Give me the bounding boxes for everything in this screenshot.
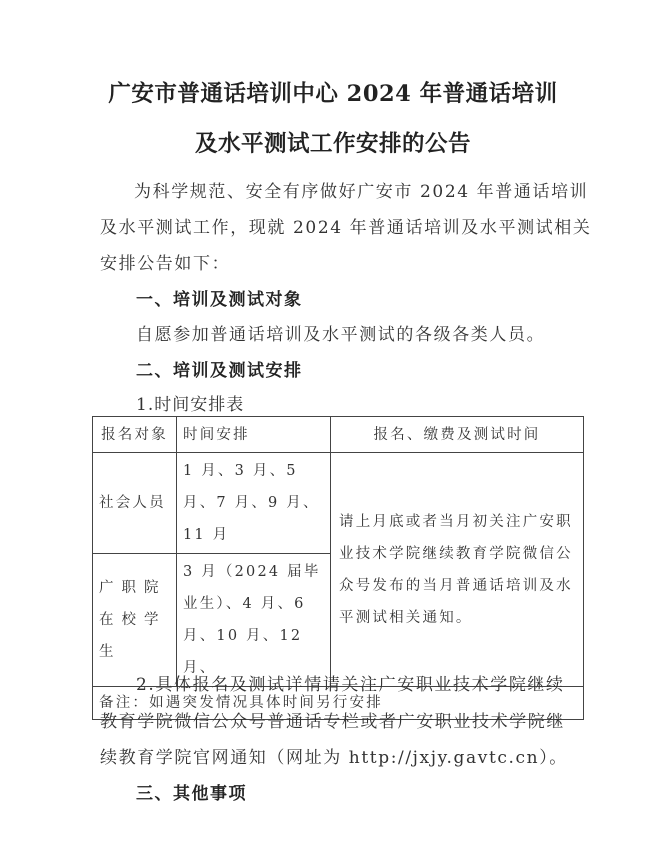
document-title-line1: 广安市普通话培训中心 2024 年普通话培训: [0, 76, 666, 108]
document-title-line2: 及水平测试工作安排的公告: [0, 126, 666, 158]
section2-sub2-line3: 续教育学院官网通知（网址为 http://jxjy.gavtc.cn）。: [100, 743, 568, 768]
header-target: 报名对象: [93, 417, 177, 453]
section2-sub2-line2: 教育学院微信公众号普通话专栏或者广安职业技术学院继: [100, 707, 565, 732]
section1-heading: 一、培训及测试对象: [136, 285, 303, 310]
section3-heading: 三、其他事项: [136, 779, 247, 804]
section2-sub1: 1.时间安排表: [136, 390, 244, 415]
intro-line-2: 及水平测试工作，现就 2024 年普通话培训及水平测试相关: [100, 213, 591, 238]
section2-heading: 二、培训及测试安排: [136, 356, 303, 381]
table-row: 社会人员 1 月、3 月、5 月、7 月、9 月、11 月 请上月底或者当月初关…: [93, 453, 584, 554]
merged-registration-cell: 请上月底或者当月初关注广安职业技术学院继续教育学院微信公众号发布的当月普通话培训…: [331, 453, 584, 687]
intro-line-1: 为科学规范、安全有序做好广安市 2024 年普通话培训: [134, 177, 588, 202]
header-schedule: 时间安排: [177, 417, 331, 453]
row-schedule: 1 月、3 月、5 月、7 月、9 月、11 月: [177, 453, 331, 554]
row-schedule: 3 月（2024 届毕业生）、4 月、6 月、10 月、12 月、: [177, 554, 331, 687]
row-target: 广职院在校学生: [93, 554, 177, 687]
table-header-row: 报名对象 时间安排 报名、缴费及测试时间: [93, 417, 584, 453]
header-registration-time: 报名、缴费及测试时间: [331, 417, 584, 453]
section1-text: 自愿参加普通话培训及水平测试的各级各类人员。: [136, 320, 545, 345]
section2-sub2-line1: 2.具体报名及测试详情请关注广安职业技术学院继续: [136, 670, 565, 695]
intro-line-3: 安排公告如下：: [100, 249, 230, 274]
row-target: 社会人员: [93, 453, 177, 554]
